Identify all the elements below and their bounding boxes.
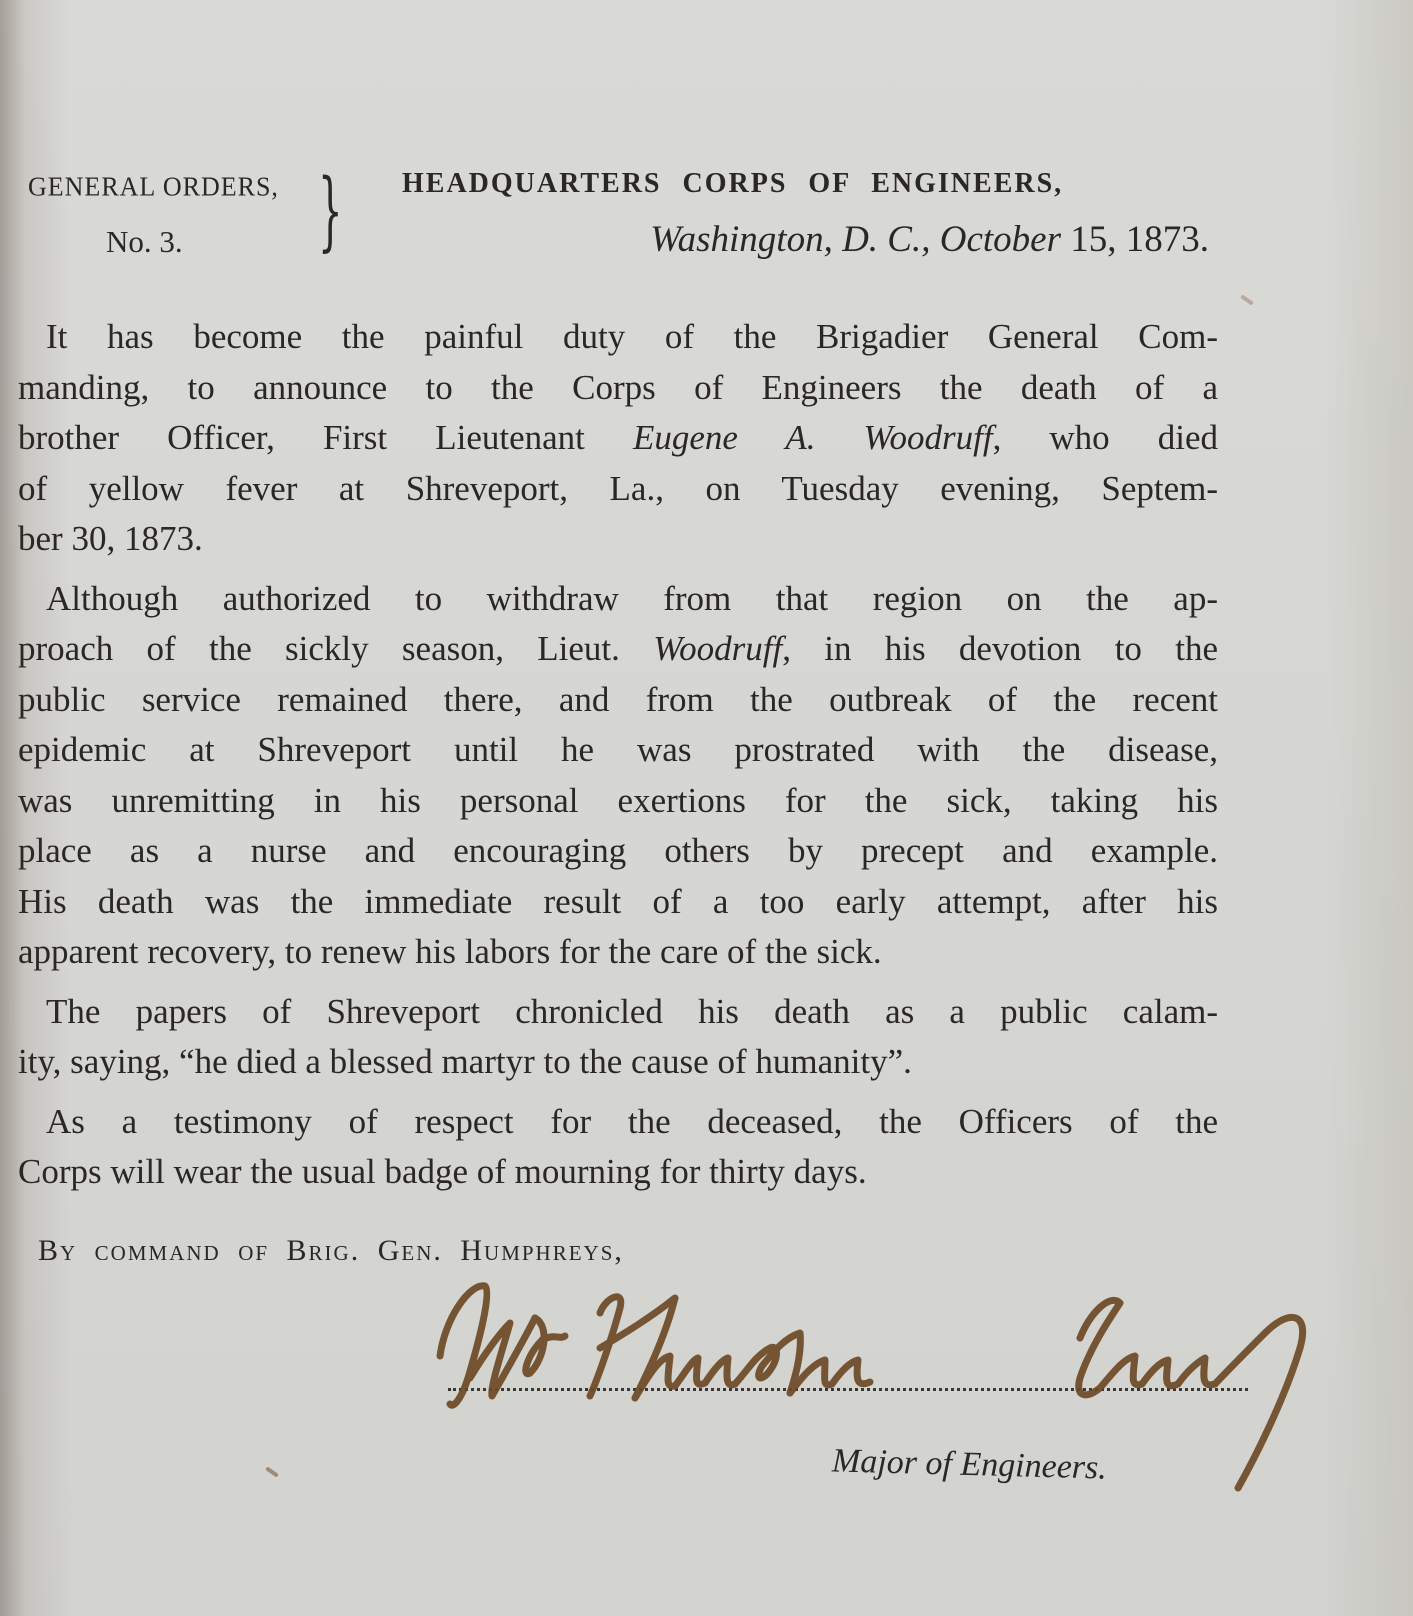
text-line: As a testimony of respect for the deceas… [18,1097,1218,1148]
paragraph: Although authorized to withdraw from tha… [18,574,1218,978]
text-line: Corps will wear the usual badge of mourn… [18,1147,1218,1198]
paragraph: It has become the painful duty of the Br… [18,312,1218,565]
text-line: epidemic at Shreveport until he was pros… [18,725,1218,776]
text-line: manding, to announce to the Corps of Eng… [18,363,1218,414]
headquarters-title: HEADQUARTERS CORPS OF ENGINEERS, [402,168,1063,200]
dateline-month: October [940,219,1061,260]
dateline: Washington, D. C., October 15, 1873. [650,218,1209,261]
paragraph: The papers of Shreveport chronicled his … [18,987,1218,1088]
text-line: His death was the immediate result of a … [18,877,1218,928]
dateline-day-year: 15, 1873. [1070,219,1209,260]
text-line: of yellow fever at Shreveport, La., on T… [18,464,1218,515]
text-line: ber 30, 1873. [18,514,1218,565]
paper-speck [265,1466,279,1477]
general-orders-label: GENERAL ORDERS, [28,171,279,203]
order-number: No. 3. [106,224,183,260]
text-line: place as a nurse and encouraging others … [18,826,1218,877]
text-line: was unremitting in his personal exertion… [18,776,1218,827]
text-line: The papers of Shreveport chronicled his … [18,987,1218,1038]
signatory-rank: Major of Engineers. [832,1442,1108,1487]
text-line: Although authorized to withdraw from tha… [18,574,1218,625]
text-line: public service remained there, and from … [18,675,1218,726]
italic-name: Eugene A. Woodruff [633,418,993,457]
brace-icon: } [318,168,343,254]
text-line: proach of the sickly season, Lieut. Wood… [18,624,1218,675]
text-line: ity, saying, “he died a blessed martyr t… [18,1037,1218,1088]
paragraph: As a testimony of respect for the deceas… [18,1097,1218,1198]
italic-name: Woodruff [653,629,782,668]
dateline-place: Washington, D. C., [650,219,930,260]
text-line: brother Officer, First Lieutenant Eugene… [18,413,1218,464]
order-body: It has become the painful duty of the Br… [18,312,1218,1198]
text-line: apparent recovery, to renew his labors f… [18,927,1218,978]
document-page: GENERAL ORDERS, No. 3. } HEADQUARTERS CO… [0,0,1413,1616]
by-command-line: By command of Brig. Gen. Humphreys, [38,1234,624,1268]
paper-speck [1240,294,1254,305]
text-line: It has become the painful duty of the Br… [18,312,1218,363]
